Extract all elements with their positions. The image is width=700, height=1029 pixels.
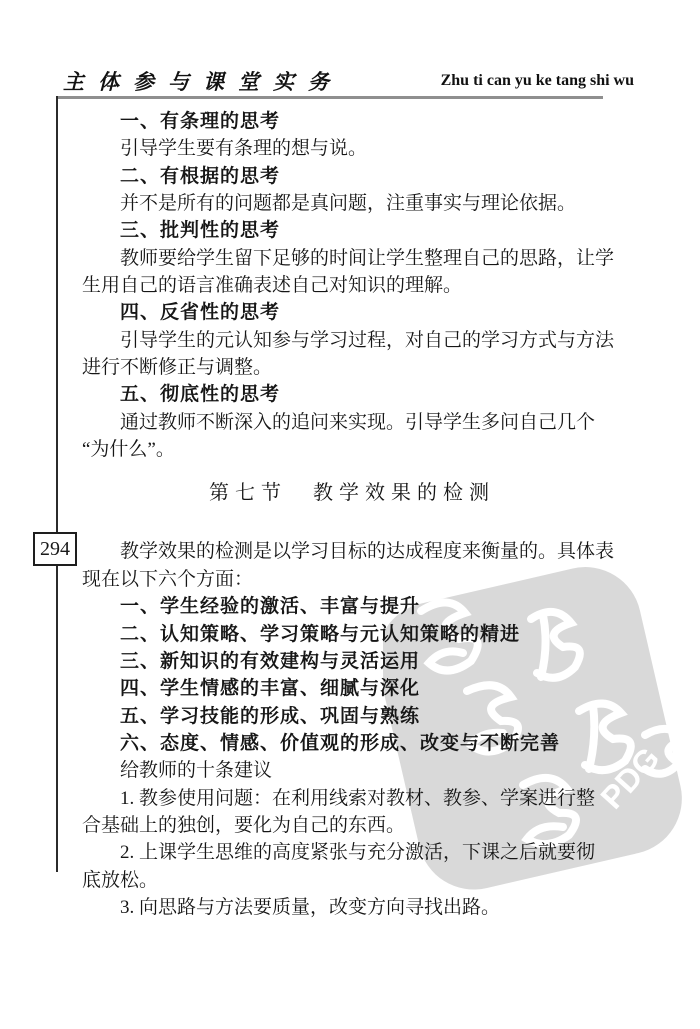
text-line: 二、认知策略、学习策略与元认知策略的精进 <box>82 621 622 648</box>
text-line: 合基础上的独创，要化为自己的东西。 <box>82 812 622 839</box>
text-line: 六、态度、情感、价值观的形成、改变与不断完善 <box>82 730 622 757</box>
text-line: 教学效果的检测是以学习目标的达成程度来衡量的。具体表 <box>82 538 622 565</box>
text-line: 3. 向思路与方法要质量，改变方向寻找出路。 <box>82 894 622 921</box>
text-line: “为什么”。 <box>82 436 622 463</box>
text-line: 2. 上课学生思维的高度紧张与充分激活，下课之后就要彻 <box>82 839 622 866</box>
text-line: 进行不断修正与调整。 <box>82 354 622 381</box>
left-margin-rule <box>56 96 58 872</box>
header-divider-rule <box>57 96 603 99</box>
text-line: 三、新知识的有效建构与灵活运用 <box>82 648 622 675</box>
text-line: 1. 教参使用问题：在利用线索对教材、教参、学案进行整 <box>82 785 622 812</box>
text-line: 四、反省性的思考 <box>82 299 622 326</box>
text-line: 生用自己的语言准确表述自己对知识的理解。 <box>82 272 622 299</box>
teaching-effect-block: 教学效果的检测是以学习目标的达成程度来衡量的。具体表现在以下六个方面：一、学生经… <box>82 538 622 921</box>
text-line: 教师要给学生留下足够的时间让学生整理自己的思路，让学 <box>82 245 622 272</box>
book-page: PDG 主体参与课堂实务 Zhu ti can yu ke tang shi w… <box>0 0 700 1029</box>
thinking-types-block: 一、有条理的思考引导学生要有条理的想与说。二、有根据的思考并不是所有的问题都是真… <box>82 108 622 463</box>
book-title-pinyin: Zhu ti can yu ke tang shi wu <box>441 72 634 90</box>
text-line: 并不是所有的问题都是真问题，注重事实与理论依据。 <box>82 190 622 217</box>
text-line: 引导学生要有条理的想与说。 <box>82 135 622 162</box>
text-line: 五、彻底性的思考 <box>82 381 622 408</box>
text-line: 二、有根据的思考 <box>82 163 622 190</box>
text-line: 引导学生的元认知参与学习过程，对自己的学习方式与方法 <box>82 327 622 354</box>
book-title-calligraphy: 主体参与课堂实务 <box>63 66 343 96</box>
text-line: 通过教师不断深入的追问来实现。引导学生多问自己几个 <box>82 409 622 436</box>
text-line: 底放松。 <box>82 867 622 894</box>
text-line: 四、学生情感的丰富、细腻与深化 <box>82 675 622 702</box>
section-title: 第七节 教学效果的检测 <box>82 477 622 507</box>
text-line: 一、学生经验的激活、丰富与提升 <box>82 593 622 620</box>
page-body: 一、有条理的思考引导学生要有条理的想与说。二、有根据的思考并不是所有的问题都是真… <box>82 108 622 921</box>
page-number-badge: 294 <box>33 532 77 566</box>
text-line: 现在以下六个方面： <box>82 566 622 593</box>
text-line: 给教师的十条建议 <box>82 757 622 784</box>
text-line: 三、批判性的思考 <box>82 217 622 244</box>
text-line: 一、有条理的思考 <box>82 108 622 135</box>
text-line: 五、学习技能的形成、巩固与熟练 <box>82 703 622 730</box>
